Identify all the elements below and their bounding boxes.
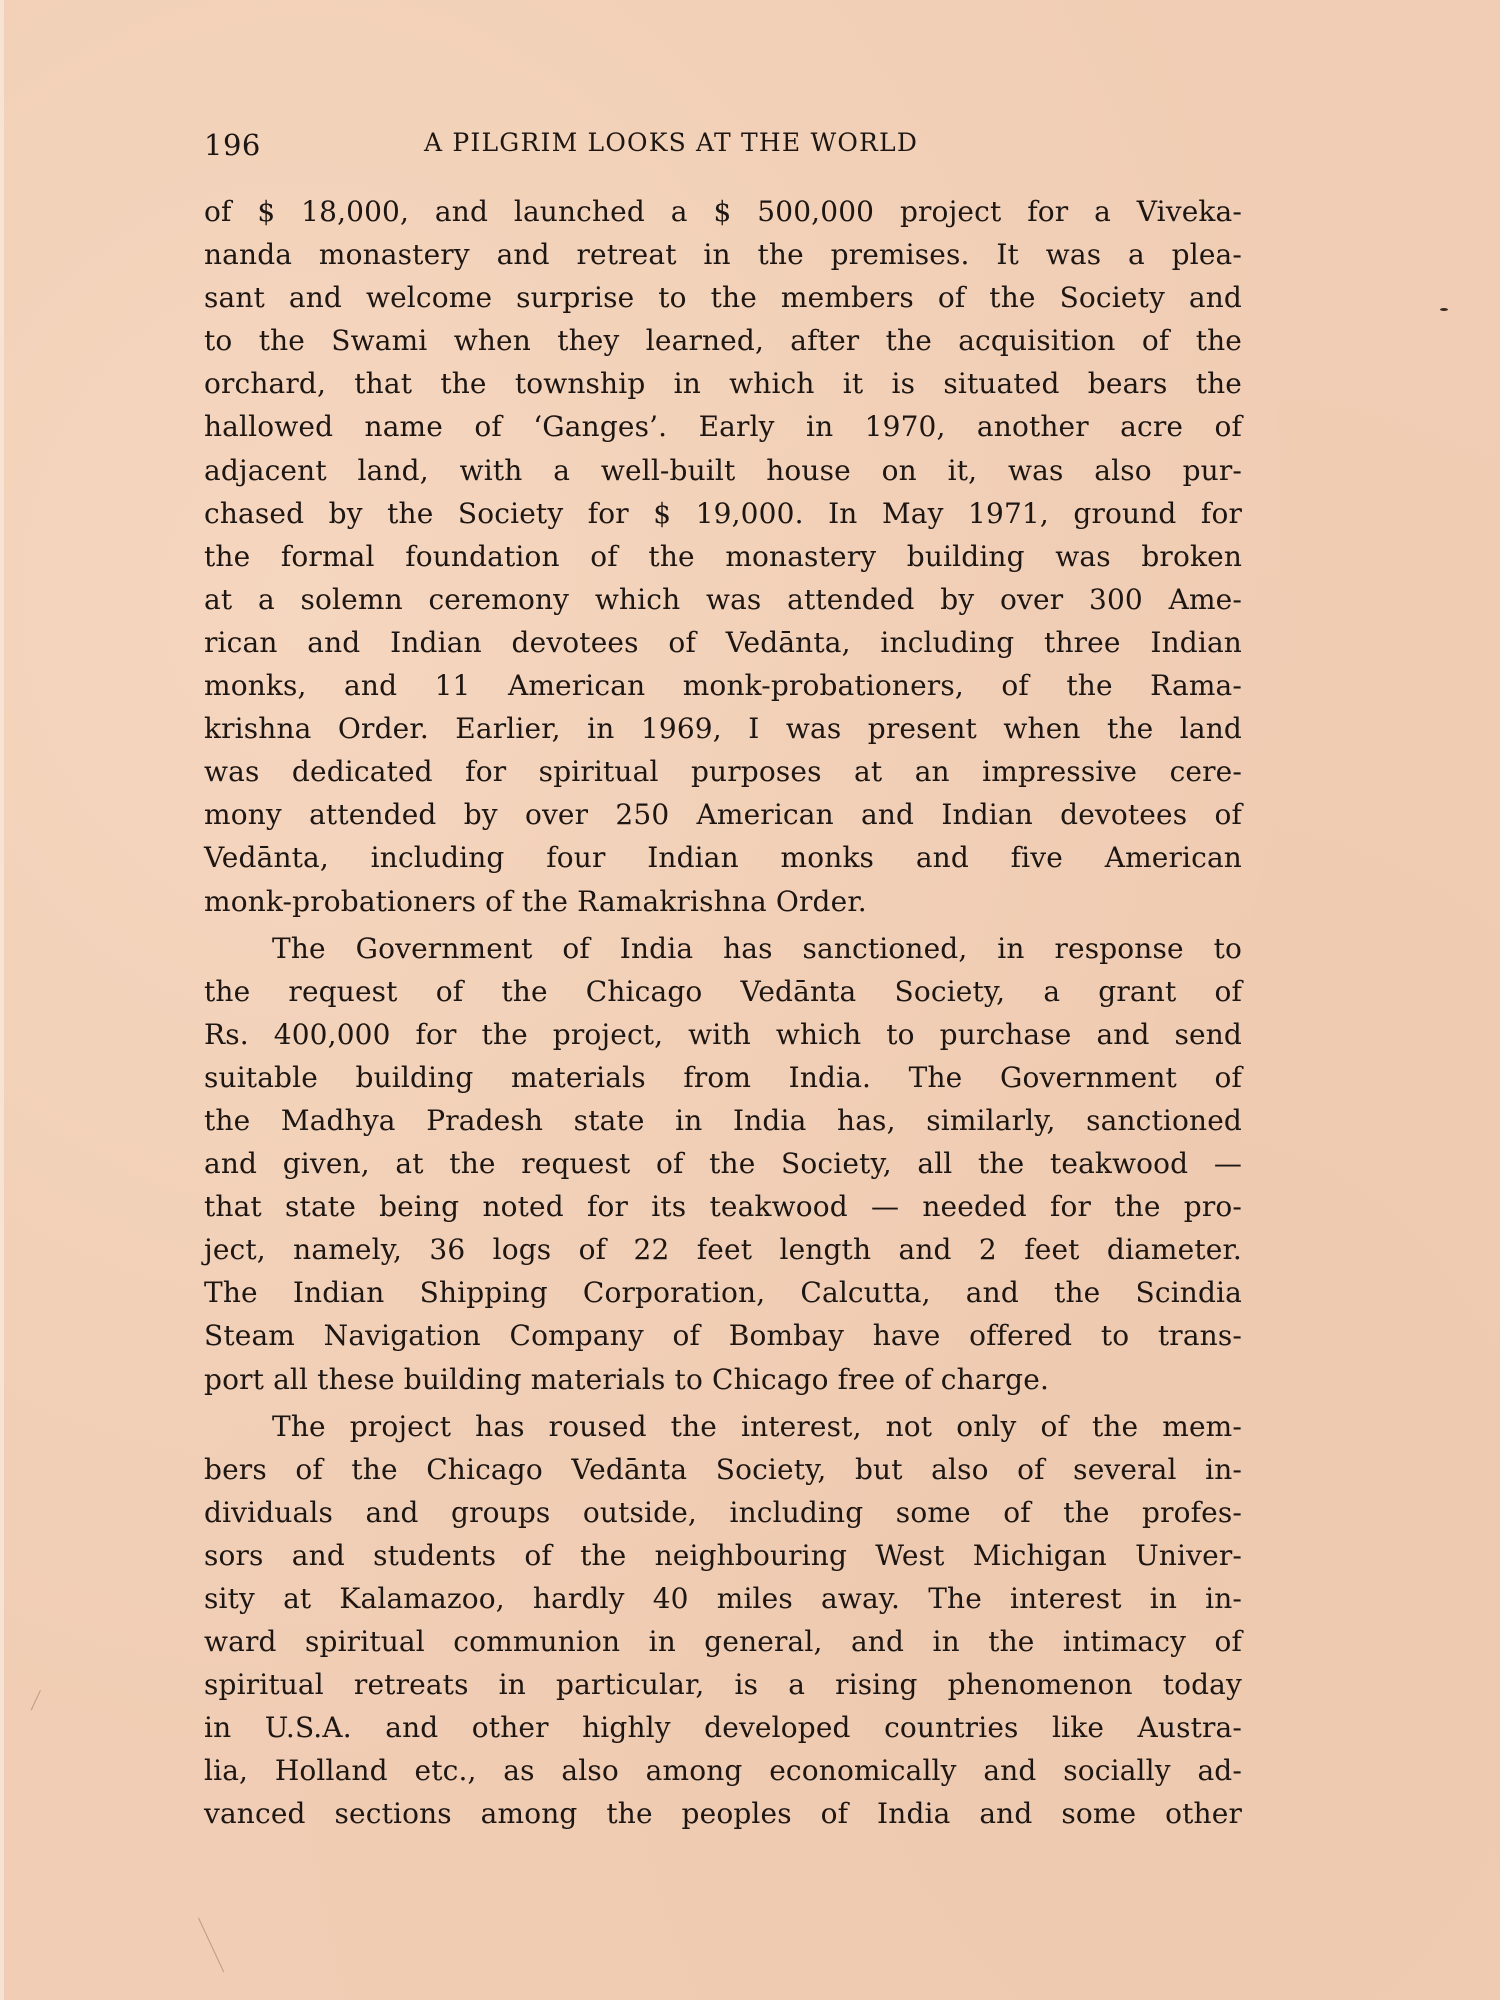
text-line: bers of the Chicago Vedānta Society, but… [204, 1448, 1242, 1491]
text-line: monks, and 11 American monk-probationers… [204, 664, 1242, 707]
page-number: 196 [204, 128, 261, 162]
page-left-edge [0, 0, 4, 2000]
text-line: lia, Holland etc., as also among economi… [204, 1749, 1242, 1792]
text-line: in U.S.A. and other highly developed cou… [204, 1706, 1242, 1749]
paragraph: of $ 18,000, and launched a $ 500,000 pr… [204, 190, 1242, 923]
text-line: of $ 18,000, and launched a $ 500,000 pr… [204, 190, 1242, 233]
running-head: A PILGRIM LOOKS AT THE WORLD [424, 128, 918, 157]
text-line: Rs. 400,000 for the project, with which … [204, 1013, 1242, 1056]
text-line: ject, namely, 36 logs of 22 feet length … [204, 1228, 1242, 1271]
text-line: vanced sections among the peoples of Ind… [204, 1792, 1242, 1835]
text-line: krishna Order. Earlier, in 1969, I was p… [204, 707, 1242, 750]
page-header: 196 A PILGRIM LOOKS AT THE WORLD [204, 128, 1244, 168]
paper-scratch [198, 1918, 224, 1973]
text-line: ward spiritual communion in general, and… [204, 1620, 1242, 1663]
text-line: sity at Kalamazoo, hardly 40 miles away.… [204, 1577, 1242, 1620]
text-line: mony attended by over 250 American and I… [204, 793, 1242, 836]
text-line: monk-probationers of the Ramakrishna Ord… [204, 880, 1242, 923]
paragraph: The Government of India has sanctioned, … [204, 927, 1242, 1401]
text-line: and given, at the request of the Society… [204, 1142, 1242, 1185]
text-line: that state being noted for its teakwood … [204, 1185, 1242, 1228]
paragraph: The project has roused the interest, not… [204, 1405, 1242, 1836]
text-line: Steam Navigation Company of Bombay have … [204, 1314, 1242, 1357]
text-line: at a solemn ceremony which was attended … [204, 578, 1242, 621]
paper-speck [1440, 308, 1448, 311]
text-line: to the Swami when they learned, after th… [204, 319, 1242, 362]
text-line: spiritual retreats in particular, is a r… [204, 1663, 1242, 1706]
text-line: nanda monastery and retreat in the premi… [204, 233, 1242, 276]
text-line: was dedicated for spiritual purposes at … [204, 750, 1242, 793]
text-line: adjacent land, with a well-built house o… [204, 449, 1242, 492]
text-line: suitable building materials from India. … [204, 1056, 1242, 1099]
body-text: of $ 18,000, and launched a $ 500,000 pr… [204, 190, 1242, 1836]
text-line: Vedānta, including four Indian monks and… [204, 836, 1242, 879]
text-line: rican and Indian devotees of Vedānta, in… [204, 621, 1242, 664]
text-line: The Indian Shipping Corporation, Calcutt… [204, 1271, 1242, 1314]
text-line: The project has roused the interest, not… [204, 1405, 1242, 1448]
text-line: hallowed name of ‘Ganges’. Early in 1970… [204, 405, 1242, 448]
text-line: the formal foundation of the monastery b… [204, 535, 1242, 578]
text-line: the request of the Chicago Vedānta Socie… [204, 970, 1242, 1013]
text-line: dividuals and groups outside, including … [204, 1491, 1242, 1534]
text-line: the Madhya Pradesh state in India has, s… [204, 1099, 1242, 1142]
text-line: sors and students of the neighbouring We… [204, 1534, 1242, 1577]
text-line: chased by the Society for $ 19,000. In M… [204, 492, 1242, 535]
text-line: orchard, that the township in which it i… [204, 362, 1242, 405]
paper-scratch [31, 1690, 41, 1710]
text-line: sant and welcome surprise to the members… [204, 276, 1242, 319]
text-line: port all these building materials to Chi… [204, 1358, 1242, 1401]
text-line: The Government of India has sanctioned, … [204, 927, 1242, 970]
